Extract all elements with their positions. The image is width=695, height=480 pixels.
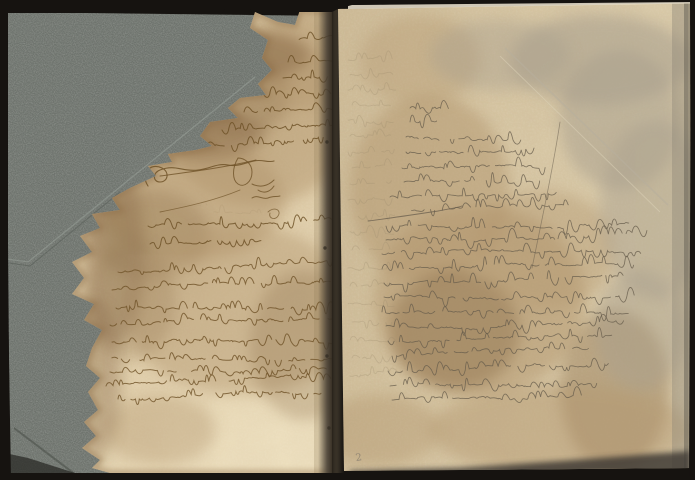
scan-border-bottom (0, 473, 695, 480)
stitch-hole (325, 140, 328, 143)
right-page-stains (320, 15, 695, 475)
stain (105, 395, 215, 465)
stain (595, 270, 685, 390)
right-edge-dark-line (684, 2, 690, 470)
stitch-hole (325, 354, 328, 357)
scan-canvas: 2 (0, 0, 695, 480)
stitch-hole (327, 426, 330, 429)
stitch-hole (323, 246, 326, 249)
manuscript-scan: 2 (0, 0, 695, 480)
stain (430, 20, 570, 90)
right-page: 2 (320, 0, 695, 480)
